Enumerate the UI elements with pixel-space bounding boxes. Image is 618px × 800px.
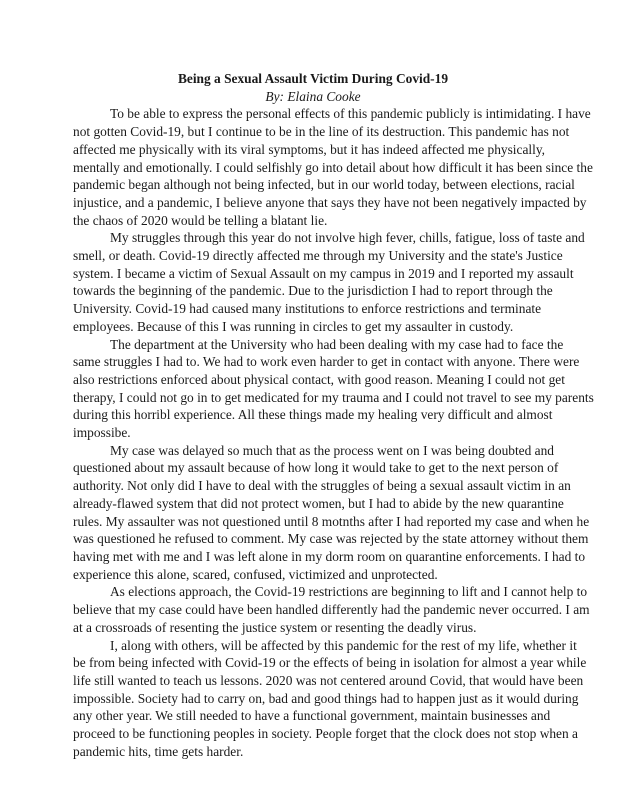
- paragraph: My struggles through this year do not in…: [73, 229, 553, 335]
- text-line: The department at the University who had…: [73, 336, 553, 354]
- text-line: University. Covid-19 had caused many ins…: [73, 300, 553, 318]
- text-line: same struggles I had to. We had to work …: [73, 353, 553, 371]
- text-line: My struggles through this year do not in…: [73, 229, 553, 247]
- text-line: employees. Because of this I was running…: [73, 318, 553, 336]
- paragraph: To be able to express the personal effec…: [73, 105, 553, 229]
- text-line: impossible. Society had to carry on, bad…: [73, 690, 553, 708]
- text-line: proceed to be functioning peoples in soc…: [73, 725, 553, 743]
- text-line: questioned about my assault because of h…: [73, 459, 553, 477]
- text-line: My case was delayed so much that as the …: [73, 442, 553, 460]
- text-line: As elections approach, the Covid-19 rest…: [73, 583, 553, 601]
- text-line: life still wanted to teach us lessons. 2…: [73, 672, 553, 690]
- text-line: towards the beginning of the pandemic. D…: [73, 282, 553, 300]
- text-line: therapy, I could not go in to get medica…: [73, 389, 553, 407]
- paragraph: As elections approach, the Covid-19 rest…: [73, 583, 553, 636]
- text-line: at a crossroads of resenting the justice…: [73, 619, 553, 637]
- text-line: injustice, and a pandemic, I believe any…: [73, 194, 553, 212]
- text-line: smell, or death. Covid-19 directly affec…: [73, 247, 553, 265]
- text-line: also restrictions enforced about physica…: [73, 371, 553, 389]
- text-line: mentally and emotionally. I could selfis…: [73, 159, 553, 177]
- text-line: impossibe.: [73, 424, 553, 442]
- text-line: experience this alone, scared, confused,…: [73, 566, 553, 584]
- text-line: pandemic hits, time gets harder.: [73, 743, 553, 761]
- text-line: the chaos of 2020 would be telling a bla…: [73, 212, 553, 230]
- document-page: Being a Sexual Assault Victim During Cov…: [0, 0, 618, 800]
- text-line: pandemic began although not being infect…: [73, 176, 553, 194]
- text-line: I, along with others, will be affected b…: [73, 637, 553, 655]
- text-line: not gotten Covid-19, but I continue to b…: [73, 123, 553, 141]
- text-line: authority. Not only did I have to deal w…: [73, 477, 553, 495]
- paragraph: The department at the University who had…: [73, 336, 553, 442]
- text-line: believe that my case could have been han…: [73, 601, 553, 619]
- text-line: during this horribl experience. All thes…: [73, 406, 553, 424]
- text-line: system. I became a victim of Sexual Assa…: [73, 265, 553, 283]
- paragraph: My case was delayed so much that as the …: [73, 442, 553, 584]
- document-body: Being a Sexual Assault Victim During Cov…: [73, 70, 553, 760]
- author-byline: By: Elaina Cooke: [73, 88, 553, 106]
- text-line: To be able to express the personal effec…: [73, 105, 553, 123]
- text-line: already-flawed system that did not prote…: [73, 495, 553, 513]
- text-line: any other year. We still needed to have …: [73, 707, 553, 725]
- text-line: was questioned he refused to comment. My…: [73, 530, 553, 548]
- text-line: having met with me and I was left alone …: [73, 548, 553, 566]
- document-title: Being a Sexual Assault Victim During Cov…: [73, 70, 553, 88]
- paragraphs-container: To be able to express the personal effec…: [73, 105, 553, 760]
- paragraph: I, along with others, will be affected b…: [73, 637, 553, 761]
- text-line: affected me physically with its viral sy…: [73, 141, 553, 159]
- text-line: rules. My assaulter was not questioned u…: [73, 513, 553, 531]
- text-line: be from being infected with Covid-19 or …: [73, 654, 553, 672]
